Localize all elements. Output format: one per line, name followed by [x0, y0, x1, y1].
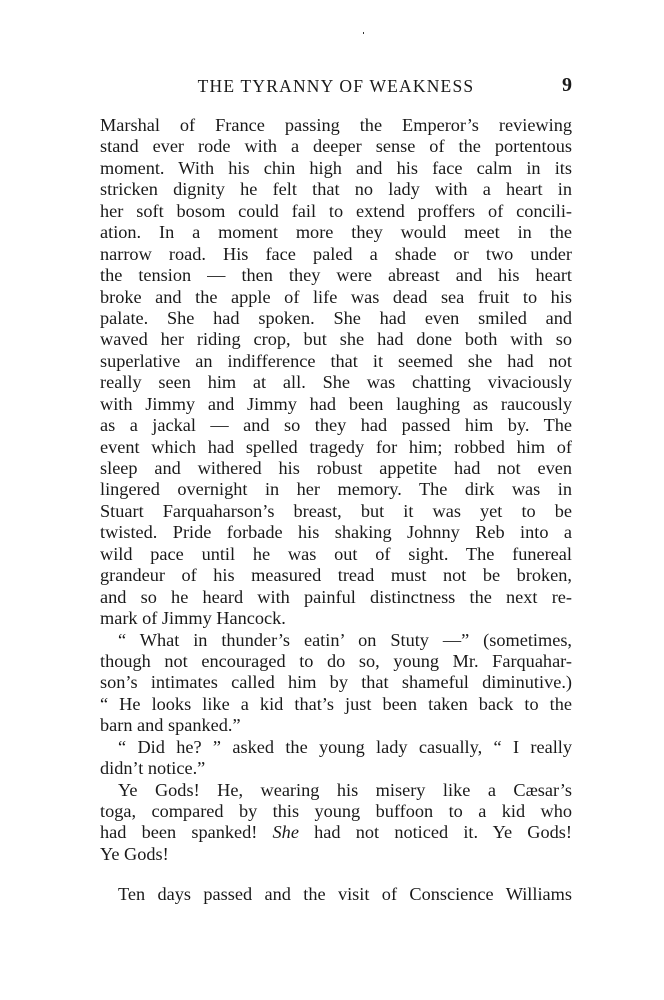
running-title: THE TYRANNY OF WEAKNESS — [100, 76, 572, 97]
text-line: her soft bosom could fail to extend prof… — [100, 201, 572, 222]
section-gap — [100, 865, 572, 884]
text-line: stand ever rode with a deeper sense of t… — [100, 136, 572, 157]
text-line: mark of Jimmy Hancock. — [100, 608, 572, 629]
text-line: the tension — then they were abreast and… — [100, 265, 572, 286]
text-line: superlative an indifference that it seem… — [100, 351, 572, 372]
text-line: with Jimmy and Jimmy had been laughing a… — [100, 394, 572, 415]
text-line: sleep and withered his robust appetite h… — [100, 458, 572, 479]
text-line: “ He looks like a kid that’s just been t… — [100, 694, 572, 715]
text-line: Stuart Farquaharson’s breast, but it was… — [100, 501, 572, 522]
text-line: and so he heard with painful distinctnes… — [100, 587, 572, 608]
text-line: waved her riding crop, but she had done … — [100, 329, 572, 350]
book-page: THE TYRANNY OF WEAKNESS 9 Marshal of Fra… — [0, 0, 664, 1000]
scan-speck — [363, 32, 364, 34]
text-line: “ Did he? ” asked the young lady casuall… — [100, 737, 572, 758]
text-line: didn’t notice.” — [100, 758, 572, 779]
text-line: event which had spelled tragedy for him;… — [100, 437, 572, 458]
text-line: Marshal of France passing the Emperor’s … — [100, 115, 572, 136]
text-line: as a jackal — and so they had passed him… — [100, 415, 572, 436]
text-line: son’s intimates called him by that shame… — [100, 672, 572, 693]
text-line: palate. She had spoken. She had even smi… — [100, 308, 572, 329]
text-line: stricken dignity he felt that no lady wi… — [100, 179, 572, 200]
text-line: barn and spanked.” — [100, 715, 572, 736]
text-line: really seen him at all. She was chatting… — [100, 372, 572, 393]
body-text: Marshal of France passing the Emperor’s … — [100, 115, 572, 906]
running-head: THE TYRANNY OF WEAKNESS 9 — [100, 74, 572, 98]
text-line: wild pace until he was out of sight. The… — [100, 544, 572, 565]
text-line: had been spanked! She had not noticed it… — [100, 822, 572, 843]
text-line: narrow road. His face paled a shade or t… — [100, 244, 572, 265]
text-line: ation. In a moment more they would meet … — [100, 222, 572, 243]
text-line: “ What in thunder’s eatin’ on Stuty —” (… — [100, 630, 572, 651]
text-line: Ye Gods! — [100, 844, 572, 865]
text-line: Ye Gods! He, wearing his misery like a C… — [100, 780, 572, 801]
text-line: moment. With his chin high and his face … — [100, 158, 572, 179]
text-line: toga, compared by this young buffoon to … — [100, 801, 572, 822]
text-line: though not encouraged to do so, young Mr… — [100, 651, 572, 672]
final-line: Ten days passed and the visit of Conscie… — [100, 884, 572, 905]
text-line: broke and the apple of life was dead sea… — [100, 287, 572, 308]
text-line: lingered overnight in her memory. The di… — [100, 479, 572, 500]
page-number: 9 — [562, 74, 572, 97]
text-line: grandeur of his measured tread must not … — [100, 565, 572, 586]
text-line: twisted. Pride forbade his shaking Johnn… — [100, 522, 572, 543]
